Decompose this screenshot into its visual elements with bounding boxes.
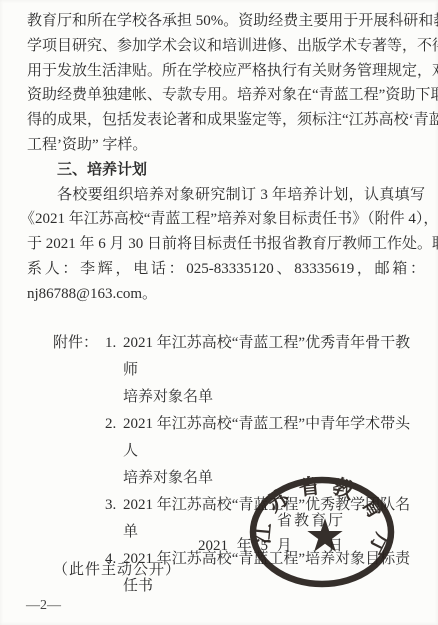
disclosure-note: （此件主动公开） [53, 558, 181, 579]
attachment-line: 2021 年江苏高校“青蓝工程”优秀青年骨干教师 [123, 330, 425, 384]
attachment-number: 1. [105, 330, 123, 411]
seal-star-icon: ★ [304, 511, 345, 562]
page-number: —2— [26, 598, 61, 614]
body-line: 各校要组织培养对象研究制订 3 年培养计划，认真填写 [27, 183, 425, 208]
attachment-number: 2. [105, 411, 123, 492]
body-line: 于 2021 年 6 月 30 日前将目标责任书报省教育厅教师工作处。联 [27, 232, 425, 257]
attachment-number: 3. [105, 492, 123, 546]
body-line: 得的成果，包括发表论著和成果鉴定等，须标注“江苏高校‘青蓝 [27, 108, 425, 133]
body-line: 工程’资助” 字样。 [27, 133, 425, 158]
body-line: 教育厅和所在学校各承担 50%。资助经费主要用于开展科研和教 [27, 9, 425, 34]
official-seal-stamp: 江苏省教育厅 ★ [247, 476, 397, 588]
body-line: 学项目研究、参加学术会议和培训进修、出版学术专著等，不得 [27, 34, 425, 59]
body-line: 系人：李辉，电话：025-83335120、83335619，邮箱： [27, 257, 425, 282]
body-line: 用于发放生活津贴。所在学校应严格执行有关财务管理规定，对 [27, 59, 425, 84]
body-line: nj86788@163.com。 [27, 282, 425, 307]
body-line: 资助经费单独建帐、专款专用。培养对象在“青蓝工程”资助下取 [27, 83, 425, 108]
attachment-line: 2021 年江苏高校“青蓝工程”中青年学术带头人 [123, 411, 425, 465]
attachment-item: 1. 2021 年江苏高校“青蓝工程”优秀青年骨干教师 培养对象名单 [105, 330, 425, 411]
section-heading: 三、培养计划 [27, 158, 425, 183]
body-line: 《2021 年江苏高校“青蓝工程”培养对象目标责任书》（附件 4）， [20, 207, 425, 232]
seal-icon: 江苏省教育厅 ★ [247, 476, 397, 588]
attachment-text: 2021 年江苏高校“青蓝工程”优秀青年骨干教师 培养对象名单 [123, 330, 425, 411]
attachment-line: 培养对象名单 [123, 384, 425, 411]
scanned-document-page: 教育厅和所在学校各承担 50%。资助经费主要用于开展科研和教 学项目研究、参加学… [0, 0, 438, 625]
